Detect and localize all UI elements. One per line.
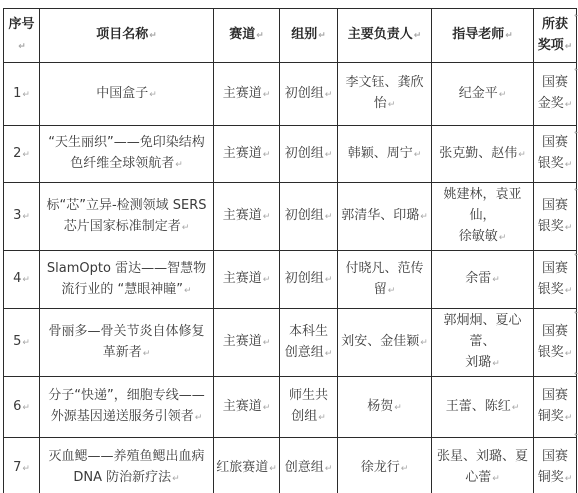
end-of-cell-mark-icon: ↵ bbox=[22, 338, 30, 348]
cell-leader[interactable]: 刘安、金佳颖↵ bbox=[338, 309, 432, 377]
cell-advisor[interactable]: 余雷↵ bbox=[432, 251, 534, 309]
end-of-cell-mark-icon: ↵ bbox=[325, 275, 333, 285]
cell-project[interactable]: 标“芯”立异-检测领域 SERS 芯片国家标准制定者↵ bbox=[40, 183, 214, 251]
row-number: 2 bbox=[13, 146, 21, 161]
end-of-cell-mark-icon: ↵ bbox=[492, 359, 500, 369]
project-name: 骨丽多—骨关节炎自体修复 革新者 bbox=[48, 324, 204, 360]
cell-no[interactable]: 4↵ bbox=[4, 251, 40, 309]
advisor-names: 姚建林，袁亚仙， 徐敏敏 bbox=[443, 187, 521, 244]
cell-leader[interactable]: 杨贺↵ bbox=[338, 377, 432, 438]
advisor-names: 王蕾、陈红 bbox=[446, 399, 511, 414]
leader-names: 韩颖、周宁 bbox=[348, 146, 413, 161]
end-of-cell-mark-icon: ↵ bbox=[172, 474, 180, 484]
end-of-cell-mark-icon: ↵ bbox=[143, 349, 151, 359]
track-name: 主赛道 bbox=[223, 271, 262, 286]
track-name: 红旅赛道 bbox=[216, 460, 268, 475]
leader-names: 郭清华、印璐 bbox=[341, 208, 419, 223]
track-name: 主赛道 bbox=[223, 208, 262, 223]
end-of-cell-mark-icon: ↵ bbox=[149, 31, 157, 41]
award-name: 国赛 金奖 bbox=[538, 75, 568, 111]
end-of-cell-mark-icon: ↵ bbox=[565, 474, 573, 484]
advisor-names: 纪金平 bbox=[459, 86, 498, 101]
end-of-cell-mark-icon: ↵ bbox=[22, 275, 30, 285]
end-of-cell-mark-icon: ↵ bbox=[565, 42, 573, 52]
table-row: 3↵ 标“芯”立异-检测领域 SERS 芯片国家标准制定者↵ 主赛道↵ 初创组↵… bbox=[4, 183, 577, 251]
end-of-row-mark-icon: ↵ bbox=[574, 66, 578, 74]
project-name: 分子“快递”，细胞专线—— 外源基因递送服务引领者 bbox=[48, 388, 204, 424]
awards-table: 序号↵ 项目名称↵ 赛道↵ 组别↵ 主要负责人↵ 指导老师↵ 所获 奖项↵ 1↵… bbox=[3, 8, 577, 493]
row-number: 1 bbox=[13, 86, 21, 101]
end-of-row-mark-icon: ↵ bbox=[574, 370, 578, 378]
end-of-cell-mark-icon: ↵ bbox=[499, 233, 507, 243]
cell-no[interactable]: 3↵ bbox=[4, 183, 40, 251]
end-of-cell-mark-icon: ↵ bbox=[263, 90, 271, 100]
end-of-row-mark-icon: ↵ bbox=[574, 186, 578, 194]
cell-award[interactable]: 国赛 金奖↵ bbox=[534, 63, 577, 126]
end-of-cell-mark-icon: ↵ bbox=[149, 90, 157, 100]
end-of-cell-mark-icon: ↵ bbox=[388, 286, 396, 296]
advisor-names: 张星、刘璐、夏 心蕾 bbox=[437, 449, 528, 485]
end-of-cell-mark-icon: ↵ bbox=[318, 413, 326, 423]
column-header-track: 赛道 bbox=[229, 27, 255, 42]
end-of-cell-mark-icon: ↵ bbox=[325, 150, 333, 160]
cell-track[interactable]: 红旅赛道↵ bbox=[214, 438, 280, 493]
cell-advisor[interactable]: 王蕾、陈红↵ bbox=[432, 377, 534, 438]
cell-leader[interactable]: 徐龙行↵ bbox=[338, 438, 432, 493]
cell-advisor[interactable]: 郭炯炯、夏心蕾、 刘璐↵ bbox=[432, 309, 534, 377]
cell-track[interactable]: 主赛道↵ bbox=[214, 309, 280, 377]
end-of-cell-mark-icon: ↵ bbox=[22, 403, 30, 413]
cell-project[interactable]: “天生丽织”——免印染结构 色纤维全球领航者↵ bbox=[40, 126, 214, 183]
cell-no[interactable]: 6↵ bbox=[4, 377, 40, 438]
cell-project[interactable]: SlamOpto 雷达——智慧物 流行业的 “慧眼神瞳”↵ bbox=[40, 251, 214, 309]
table-row: 2↵ “天生丽织”——免印染结构 色纤维全球领航者↵ 主赛道↵ 初创组↵ 韩颖、… bbox=[4, 126, 577, 183]
cell-group[interactable]: 初创组↵ bbox=[280, 251, 338, 309]
cell-award[interactable]: 国赛 银奖↵ bbox=[534, 251, 577, 309]
row-number: 7 bbox=[13, 460, 21, 475]
end-of-cell-mark-icon: ↵ bbox=[565, 286, 573, 296]
row-number: 4 bbox=[13, 271, 21, 286]
end-of-cell-mark-icon: ↵ bbox=[492, 474, 500, 484]
cell-track[interactable]: 主赛道↵ bbox=[214, 251, 280, 309]
end-of-cell-mark-icon: ↵ bbox=[505, 31, 513, 41]
row-number: 5 bbox=[13, 334, 21, 349]
cell-award[interactable]: 国赛 铜奖↵ bbox=[534, 438, 577, 493]
end-of-cell-mark-icon: ↵ bbox=[22, 150, 30, 160]
cell-track[interactable]: 主赛道↵ bbox=[214, 183, 280, 251]
cell-group[interactable]: 初创组↵ bbox=[280, 126, 338, 183]
header-cell-track[interactable]: 赛道↵ bbox=[214, 9, 280, 63]
cell-advisor[interactable]: 纪金平↵ bbox=[432, 63, 534, 126]
group-name: 初创组 bbox=[285, 271, 324, 286]
cell-award[interactable]: 国赛 银奖↵ bbox=[534, 309, 577, 377]
group-name: 创意组 bbox=[285, 460, 324, 475]
track-name: 主赛道 bbox=[223, 146, 262, 161]
end-of-cell-mark-icon: ↵ bbox=[22, 90, 30, 100]
column-header-advisor: 指导老师 bbox=[452, 27, 504, 42]
cell-group[interactable]: 初创组↵ bbox=[280, 183, 338, 251]
cell-track[interactable]: 主赛道↵ bbox=[214, 63, 280, 126]
column-header-no: 序号 bbox=[8, 17, 34, 32]
end-of-cell-mark-icon: ↵ bbox=[263, 212, 271, 222]
leader-names: 徐龙行 bbox=[361, 460, 400, 475]
end-of-cell-mark-icon: ↵ bbox=[195, 413, 203, 423]
end-of-row-mark-icon: ↵ bbox=[574, 431, 578, 439]
cell-track[interactable]: 主赛道↵ bbox=[214, 126, 280, 183]
end-of-cell-mark-icon: ↵ bbox=[175, 160, 183, 170]
table-header-row: 序号↵ 项目名称↵ 赛道↵ 组别↵ 主要负责人↵ 指导老师↵ 所获 奖项↵ bbox=[4, 9, 577, 63]
cell-group[interactable]: 创意组↵ bbox=[280, 438, 338, 493]
track-name: 主赛道 bbox=[223, 86, 262, 101]
project-name: 灭血鳃——养殖鱼鳃出血病 DNA 防治新疗法 bbox=[48, 449, 204, 485]
cell-no[interactable]: 5↵ bbox=[4, 309, 40, 377]
cell-project[interactable]: 分子“快递”，细胞专线—— 外源基因递送服务引领者↵ bbox=[40, 377, 214, 438]
header-cell-group[interactable]: 组别↵ bbox=[280, 9, 338, 63]
cell-award[interactable]: 国赛 银奖↵ bbox=[534, 126, 577, 183]
award-name: 国赛 铜奖 bbox=[538, 449, 568, 485]
end-of-cell-mark-icon: ↵ bbox=[184, 286, 192, 296]
end-of-cell-mark-icon: ↵ bbox=[401, 464, 409, 474]
end-of-cell-mark-icon: ↵ bbox=[269, 464, 277, 474]
cell-leader[interactable]: 郭清华、印璐↵ bbox=[338, 183, 432, 251]
cell-advisor[interactable]: 姚建林，袁亚仙， 徐敏敏↵ bbox=[432, 183, 534, 251]
project-name: 中国盒子 bbox=[96, 86, 148, 101]
header-cell-project[interactable]: 项目名称↵ bbox=[40, 9, 214, 63]
end-of-cell-mark-icon: ↵ bbox=[325, 464, 333, 474]
award-name: 国赛 银奖 bbox=[538, 198, 568, 234]
column-header-leader: 主要负责人 bbox=[348, 27, 413, 42]
end-of-cell-mark-icon: ↵ bbox=[263, 150, 271, 160]
cell-no[interactable]: 2↵ bbox=[4, 126, 40, 183]
cell-advisor[interactable]: 张克勤、赵伟↵ bbox=[432, 126, 534, 183]
leader-names: 李文钰、龚欣怡 bbox=[345, 75, 423, 111]
cell-group[interactable]: 师生共 创组↵ bbox=[280, 377, 338, 438]
group-name: 初创组 bbox=[285, 146, 324, 161]
cell-award[interactable]: 国赛 银奖↵ bbox=[534, 183, 577, 251]
end-of-cell-mark-icon: ↵ bbox=[565, 223, 573, 233]
end-of-cell-mark-icon: ↵ bbox=[22, 212, 30, 222]
end-of-cell-mark-icon: ↵ bbox=[518, 150, 526, 160]
project-name: SlamOpto 雷达——智慧物 流行业的 “慧眼神瞳” bbox=[47, 261, 206, 297]
end-of-row-mark-icon: ↵ bbox=[574, 309, 578, 317]
end-of-cell-mark-icon: ↵ bbox=[325, 212, 333, 222]
cell-no[interactable]: 1↵ bbox=[4, 63, 40, 126]
table-row: 6↵ 分子“快递”，细胞专线—— 外源基因递送服务引领者↵ 主赛道↵ 师生共 创… bbox=[4, 377, 577, 438]
end-of-cell-mark-icon: ↵ bbox=[565, 100, 573, 110]
end-of-cell-mark-icon: ↵ bbox=[263, 403, 271, 413]
end-of-cell-mark-icon: ↵ bbox=[18, 42, 26, 52]
cell-leader[interactable]: 付晓凡、范传留↵ bbox=[338, 251, 432, 309]
leader-names: 付晓凡、范传留 bbox=[345, 261, 423, 297]
advisor-names: 余雷 bbox=[465, 271, 491, 286]
end-of-cell-mark-icon: ↵ bbox=[182, 223, 190, 233]
end-of-cell-mark-icon: ↵ bbox=[420, 212, 428, 222]
leader-names: 杨贺 bbox=[367, 399, 393, 414]
advisor-names: 张克勤、赵伟 bbox=[439, 146, 517, 161]
group-name: 初创组 bbox=[285, 86, 324, 101]
end-of-cell-mark-icon: ↵ bbox=[256, 31, 264, 41]
cell-project[interactable]: 骨丽多—骨关节炎自体修复 革新者↵ bbox=[40, 309, 214, 377]
table-row: 4↵ SlamOpto 雷达——智慧物 流行业的 “慧眼神瞳”↵ 主赛道↵ 初创… bbox=[4, 251, 577, 309]
header-cell-no[interactable]: 序号↵ bbox=[4, 9, 40, 63]
end-of-row-mark-icon: ↵ bbox=[574, 12, 578, 20]
end-of-cell-mark-icon: ↵ bbox=[565, 160, 573, 170]
table-row: 5↵ 骨丽多—骨关节炎自体修复 革新者↵ 主赛道↵ 本科生 创意组↵ 刘安、金佳… bbox=[4, 309, 577, 377]
end-of-cell-mark-icon: ↵ bbox=[512, 403, 520, 413]
column-header-award: 所获 奖项 bbox=[538, 17, 568, 53]
cell-group[interactable]: 初创组↵ bbox=[280, 63, 338, 126]
end-of-cell-mark-icon: ↵ bbox=[22, 464, 30, 474]
header-cell-award[interactable]: 所获 奖项↵ bbox=[534, 9, 577, 63]
cell-award[interactable]: 国赛 铜奖↵ bbox=[534, 377, 577, 438]
end-of-cell-mark-icon: ↵ bbox=[499, 90, 507, 100]
leader-names: 刘安、金佳颖 bbox=[341, 334, 419, 349]
cell-leader[interactable]: 李文钰、龚欣怡↵ bbox=[338, 63, 432, 126]
end-of-cell-mark-icon: ↵ bbox=[394, 403, 402, 413]
advisor-names: 郭炯炯、夏心蕾、 刘璐 bbox=[443, 313, 521, 370]
end-of-cell-mark-icon: ↵ bbox=[388, 100, 396, 110]
end-of-cell-mark-icon: ↵ bbox=[263, 275, 271, 285]
end-of-cell-mark-icon: ↵ bbox=[565, 349, 573, 359]
award-name: 国赛 铜奖 bbox=[538, 388, 568, 424]
cell-track[interactable]: 主赛道↵ bbox=[214, 377, 280, 438]
end-of-cell-mark-icon: ↵ bbox=[318, 31, 326, 41]
end-of-cell-mark-icon: ↵ bbox=[325, 349, 333, 359]
document-page: 序号↵ 项目名称↵ 赛道↵ 组别↵ 主要负责人↵ 指导老师↵ 所获 奖项↵ 1↵… bbox=[0, 0, 578, 493]
end-of-cell-mark-icon: ↵ bbox=[325, 90, 333, 100]
track-name: 主赛道 bbox=[223, 334, 262, 349]
end-of-cell-mark-icon: ↵ bbox=[263, 338, 271, 348]
end-of-cell-mark-icon: ↵ bbox=[414, 31, 422, 41]
cell-advisor[interactable]: 张星、刘璐、夏 心蕾↵ bbox=[432, 438, 534, 493]
end-of-row-mark-icon: ↵ bbox=[574, 129, 578, 137]
row-number: 3 bbox=[13, 208, 21, 223]
end-of-cell-mark-icon: ↵ bbox=[420, 338, 428, 348]
end-of-row-mark-icon: ↵ bbox=[574, 251, 578, 259]
end-of-cell-mark-icon: ↵ bbox=[414, 150, 422, 160]
award-name: 国赛 银奖 bbox=[538, 261, 568, 297]
header-cell-leader[interactable]: 主要负责人↵ bbox=[338, 9, 432, 63]
cell-group[interactable]: 本科生 创意组↵ bbox=[280, 309, 338, 377]
cell-project[interactable]: 中国盒子↵ bbox=[40, 63, 214, 126]
cell-leader[interactable]: 韩颖、周宁↵ bbox=[338, 126, 432, 183]
column-header-project: 项目名称 bbox=[96, 27, 148, 42]
group-name: 本科生 创意组 bbox=[285, 324, 328, 360]
table-row: 1↵ 中国盒子↵ 主赛道↵ 初创组↵ 李文钰、龚欣怡↵ 纪金平↵ 国赛 金奖↵ bbox=[4, 63, 577, 126]
row-number: 6 bbox=[13, 399, 21, 414]
cell-no[interactable]: 7↵ bbox=[4, 438, 40, 493]
cell-project[interactable]: 灭血鳃——养殖鱼鳃出血病 DNA 防治新疗法↵ bbox=[40, 438, 214, 493]
end-of-cell-mark-icon: ↵ bbox=[565, 413, 573, 423]
award-name: 国赛 银奖 bbox=[538, 324, 568, 360]
table-row: 7↵ 灭血鳃——养殖鱼鳃出血病 DNA 防治新疗法↵ 红旅赛道↵ 创意组↵ 徐龙… bbox=[4, 438, 577, 493]
column-header-group: 组别 bbox=[291, 27, 317, 42]
award-name: 国赛 银奖 bbox=[538, 135, 568, 171]
track-name: 主赛道 bbox=[223, 399, 262, 414]
end-of-cell-mark-icon: ↵ bbox=[492, 275, 500, 285]
header-cell-advisor[interactable]: 指导老师↵ bbox=[432, 9, 534, 63]
group-name: 初创组 bbox=[285, 208, 324, 223]
